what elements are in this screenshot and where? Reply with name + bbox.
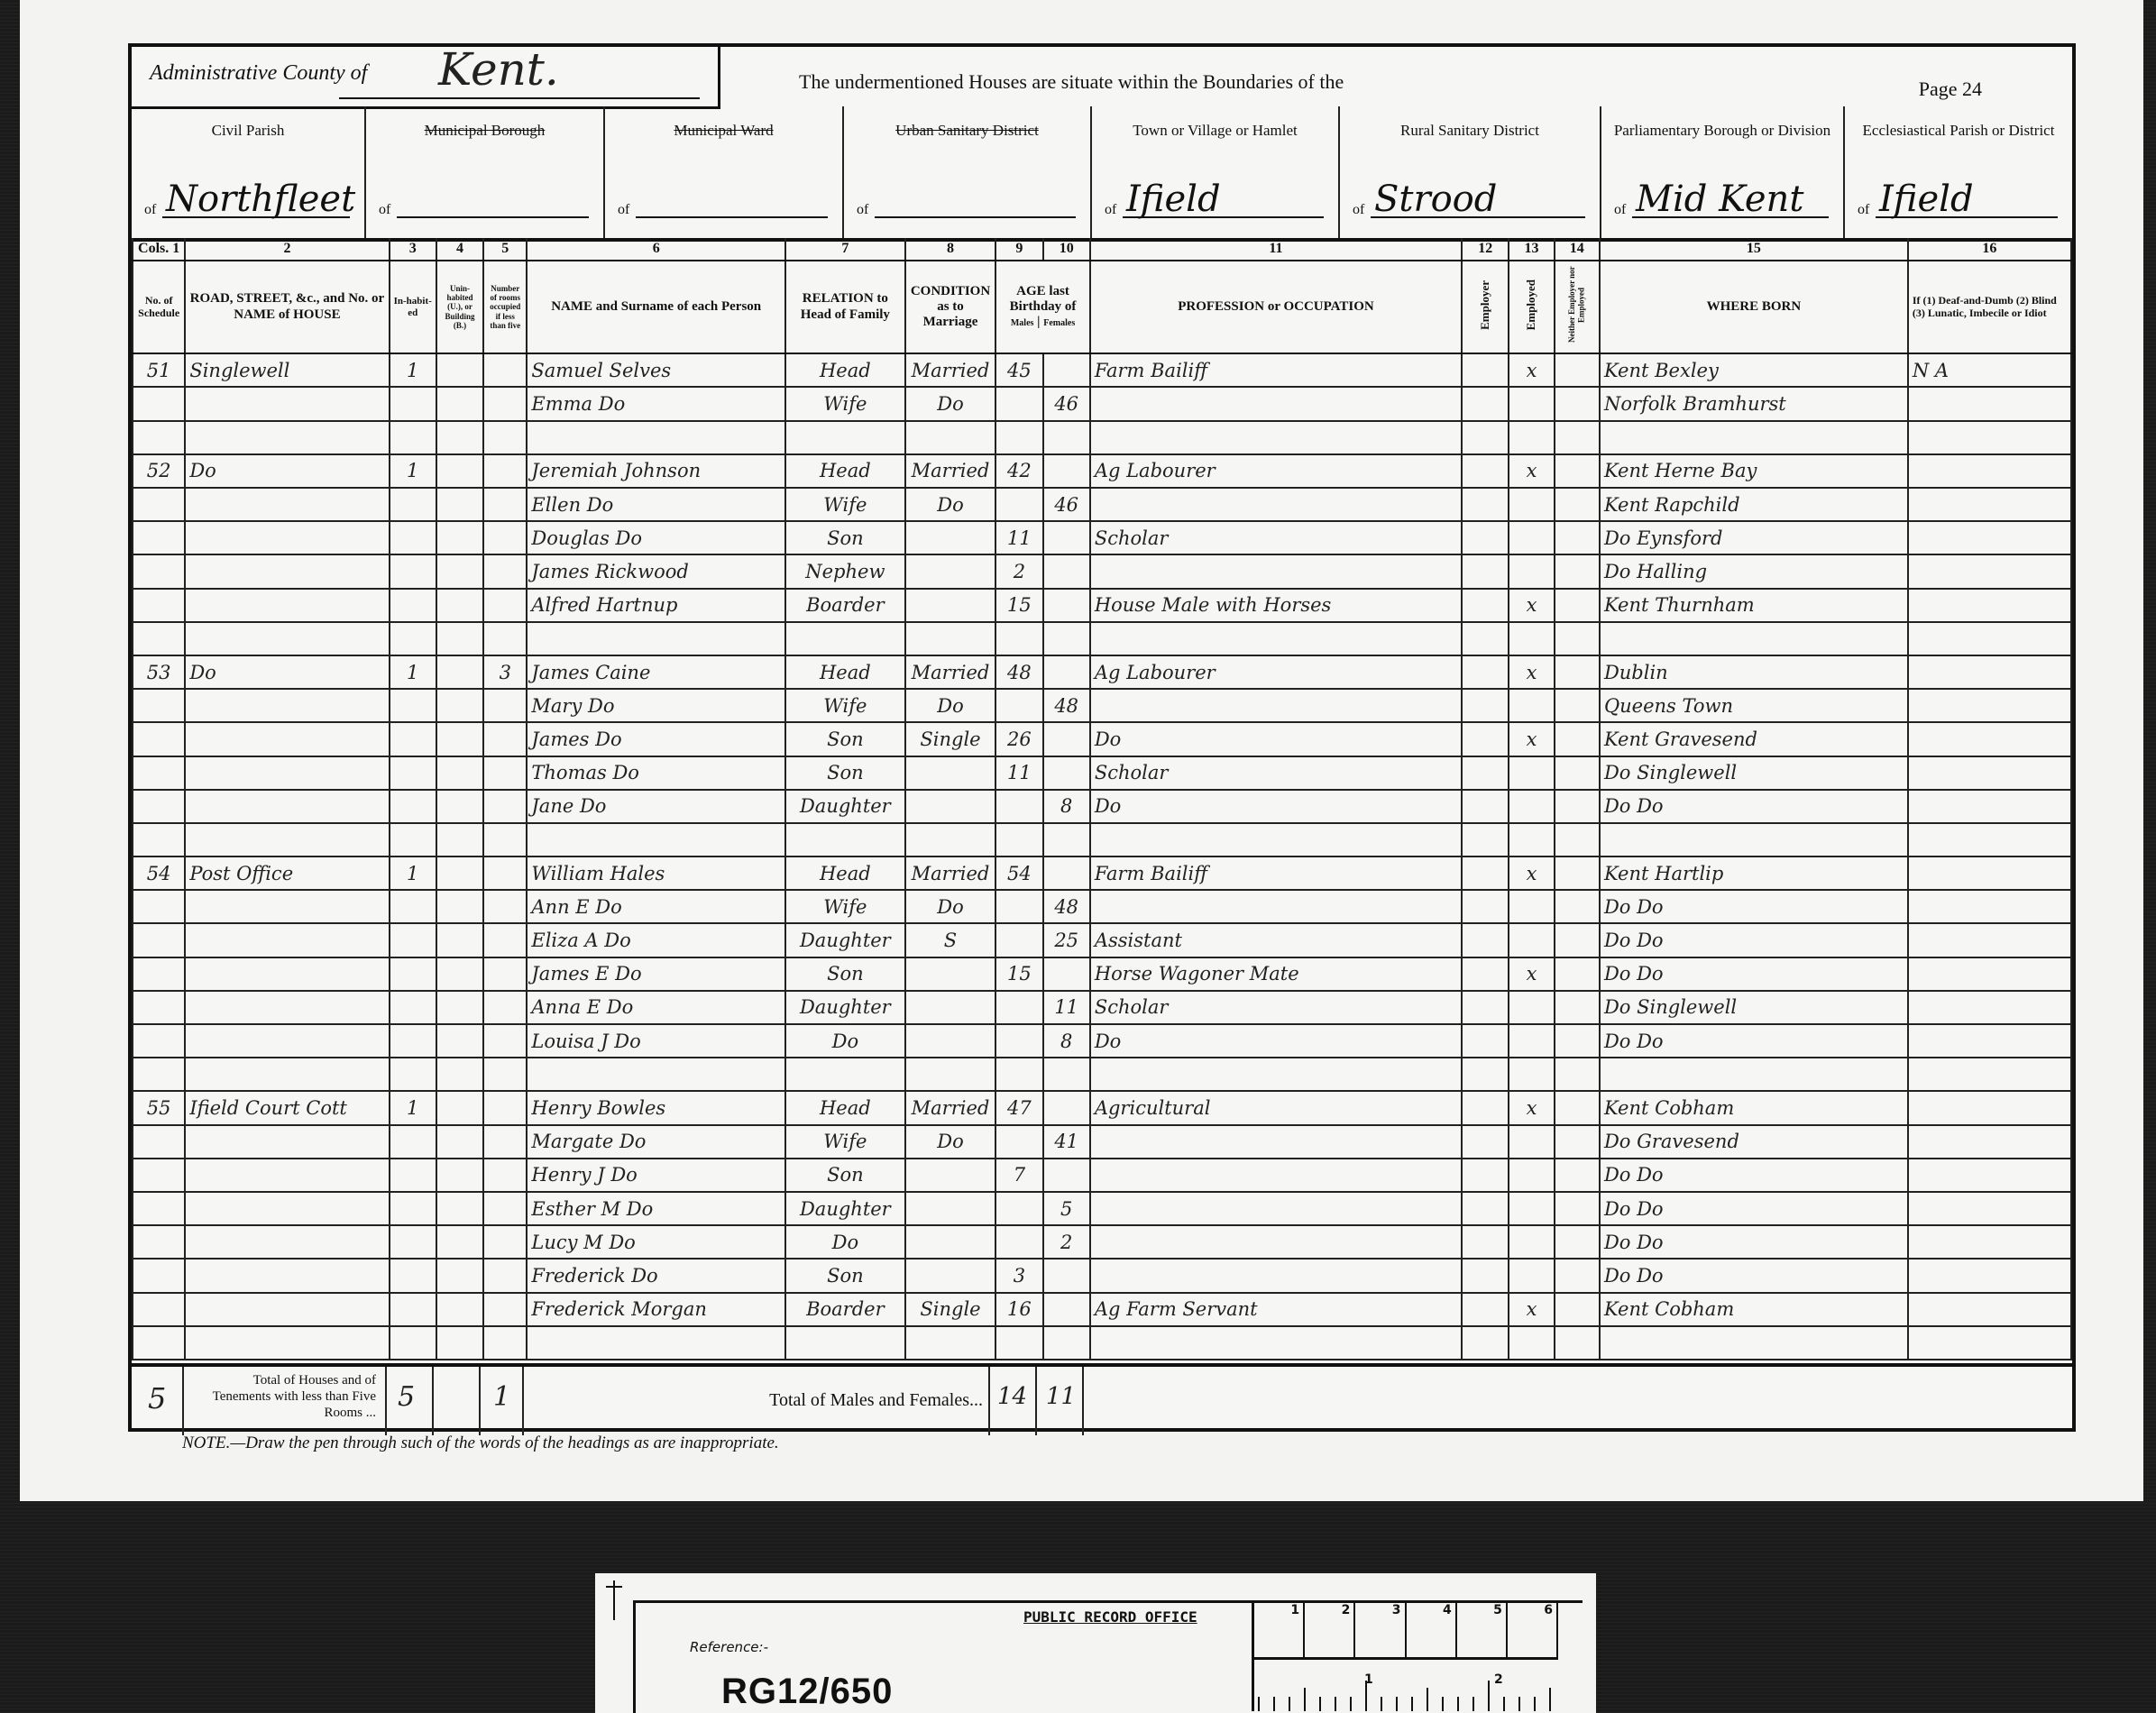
table-row: Eliza A DoDaughterS25AssistantDo Do: [133, 923, 2071, 957]
cell-relation: Wife: [785, 488, 905, 521]
ruler-tick: [1319, 1697, 1321, 1711]
table-row: Esther M DoDaughter5Do Do: [133, 1192, 2071, 1225]
cell-occupation: Do: [1090, 1024, 1462, 1058]
cell-schedule: [133, 622, 185, 655]
cell-employer: [1462, 890, 1509, 923]
cell-condition: [905, 823, 996, 856]
cell-infirmity: [1908, 923, 2071, 957]
cell-inhabited: 1: [390, 454, 436, 488]
ruler-tick: [1273, 1697, 1275, 1711]
cell-road: [185, 957, 389, 991]
of-label: of: [618, 202, 629, 218]
cell-occupation: Scholar: [1090, 521, 1462, 554]
cell-neither: [1555, 722, 1600, 756]
admin-county-box: Administrative County of Kent.: [132, 47, 720, 109]
cell-neither: [1555, 689, 1600, 722]
cell-inhabited: [390, 521, 436, 554]
cell-employed: [1509, 387, 1554, 420]
totals-row: 5 Total of Houses and of Tenements with …: [132, 1363, 2072, 1435]
ruler-tick: [1350, 1697, 1352, 1711]
cell-female-age: 2: [1043, 1225, 1090, 1259]
public-record-office-label: PUBLIC RECORD OFFICE: [1023, 1608, 1197, 1626]
cell-schedule: [133, 1293, 185, 1326]
cell-employed: [1509, 1192, 1554, 1225]
cell-occupation: [1090, 1125, 1462, 1159]
cell-condition: [905, 1259, 996, 1292]
table-row: Mary DoWifeDo48Queens Town: [133, 689, 2071, 722]
cell-schedule: [133, 756, 185, 790]
cell-name: Esther M Do: [527, 1192, 785, 1225]
cell-road: Singlewell: [185, 353, 389, 387]
reference-card: PUBLIC RECORD OFFICE Reference:- RG12/65…: [595, 1573, 1596, 1713]
cell-female-age: 25: [1043, 923, 1090, 957]
cell-where-born: Do Singlewell: [1600, 991, 1908, 1024]
cell-relation: Son: [785, 1259, 905, 1292]
table-row: James DoSonSingle26DoxKent Gravesend: [133, 722, 2071, 756]
age-label: AGE last Birthday of: [1010, 284, 1077, 314]
cell-inhabited: [390, 1024, 436, 1058]
ruler-tick: [1534, 1697, 1536, 1711]
cell-neither: [1555, 923, 1600, 957]
district-value: Mid Kent: [1636, 179, 1803, 220]
cell-neither: [1555, 1225, 1600, 1259]
district-town-village: Town or Village or Hamlet of Ifield: [1092, 106, 1340, 238]
cell-female-age: [1043, 823, 1090, 856]
ruler-tick: [1396, 1697, 1398, 1711]
cell-condition: Do: [905, 387, 996, 420]
cell-condition: Do: [905, 488, 996, 521]
cell-employed: x: [1509, 957, 1554, 991]
cell-rooms: [483, 554, 527, 588]
cell-neither: [1555, 554, 1600, 588]
cell-schedule: [133, 1159, 185, 1192]
cell-female-age: 46: [1043, 387, 1090, 420]
cell-rooms: [483, 1326, 527, 1360]
cell-male-age: 48: [995, 655, 1042, 689]
cell-road: Do: [185, 454, 389, 488]
col-number: 16: [1908, 238, 2071, 261]
admin-county-label: Administrative County of: [150, 61, 367, 86]
cell-neither: [1555, 1192, 1600, 1225]
cell-condition: [905, 421, 996, 454]
ruler-inch-mark: 2: [1494, 1672, 1503, 1687]
cell-infirmity: [1908, 655, 2071, 689]
cell-name: Margate Do: [527, 1125, 785, 1159]
cell-rooms: [483, 1259, 527, 1292]
cell-name: Thomas Do: [527, 756, 785, 790]
cell-occupation: [1090, 1192, 1462, 1225]
cell-condition: [905, 589, 996, 622]
cell-inhabited: [390, 722, 436, 756]
cell-where-born: Kent Thurnham: [1600, 589, 1908, 622]
cell-employer: [1462, 1159, 1509, 1192]
cell-where-born: Do Do: [1600, 1225, 1908, 1259]
cell-rooms: [483, 454, 527, 488]
cell-rooms: [483, 823, 527, 856]
cell-neither: [1555, 1159, 1600, 1192]
total-males-cell: 14: [990, 1367, 1037, 1435]
cell-name: Ann E Do: [527, 890, 785, 923]
cell-inhabited: [390, 1293, 436, 1326]
cell-uninhabited: [436, 957, 483, 991]
total-houses-label: Total of Houses and of Tenements with le…: [196, 1372, 376, 1421]
cell-name: Ellen Do: [527, 488, 785, 521]
cell-where-born: Do Do: [1600, 957, 1908, 991]
cell-employed: [1509, 622, 1554, 655]
cell-rooms: [483, 387, 527, 420]
cell-road: [185, 421, 389, 454]
cell-occupation: Assistant: [1090, 923, 1462, 957]
cell-employer: [1462, 823, 1509, 856]
cell-employed: [1509, 823, 1554, 856]
cell-relation: [785, 1058, 905, 1091]
reference-label: Reference:-: [690, 1639, 768, 1655]
cell-rooms: [483, 957, 527, 991]
cell-name: Henry Bowles: [527, 1091, 785, 1124]
district-rural-sanitary: Rural Sanitary District of Strood: [1340, 106, 1601, 238]
ruler-inches: 1 2: [1254, 1660, 1558, 1711]
table-row: Alfred HartnupBoarder15House Male with H…: [133, 589, 2071, 622]
cell-employed: [1509, 756, 1554, 790]
reference-card-inner: PUBLIC RECORD OFFICE Reference:- RG12/65…: [633, 1600, 1583, 1713]
cell-road: [185, 923, 389, 957]
boundaries-title: The undermentioned Houses are situate wi…: [799, 70, 1344, 94]
cell-condition: Single: [905, 1293, 996, 1326]
cell-rooms: [483, 589, 527, 622]
cell-infirmity: [1908, 521, 2071, 554]
cell-road: [185, 1024, 389, 1058]
cell-female-age: [1043, 353, 1090, 387]
district-label: Rural Sanitary District: [1340, 123, 1600, 140]
cell-uninhabited: [436, 554, 483, 588]
cell-female-age: [1043, 722, 1090, 756]
cell-schedule: [133, 790, 185, 823]
cell-relation: Boarder: [785, 589, 905, 622]
cell-male-age: 42: [995, 454, 1042, 488]
cell-neither: [1555, 1058, 1600, 1091]
cell-occupation: Ag Labourer: [1090, 655, 1462, 689]
cell-inhabited: [390, 790, 436, 823]
cell-female-age: [1043, 1259, 1090, 1292]
col-number: 11: [1090, 238, 1462, 261]
cell-name: Eliza A Do: [527, 923, 785, 957]
cell-where-born: Do Gravesend: [1600, 1125, 1908, 1159]
cell-employer: [1462, 856, 1509, 890]
cell-schedule: [133, 387, 185, 420]
header-age: AGE last Birthday ofMales | Females: [995, 261, 1090, 353]
column-number-row: Cols. 1 2 3 4 5 6 7 8 9 10 11 12 13 14 1…: [133, 238, 2071, 261]
cell-male-age: 7: [995, 1159, 1042, 1192]
column-header-row: No. of Schedule ROAD, STREET, &c., and N…: [133, 261, 2071, 353]
cell-uninhabited: [436, 589, 483, 622]
page-number: Page 24: [1919, 78, 1982, 101]
cell-rooms: [483, 1159, 527, 1192]
total-rooms: 1: [493, 1381, 510, 1413]
cell-where-born: Do Do: [1600, 790, 1908, 823]
cell-where-born: Kent Cobham: [1600, 1091, 1908, 1124]
district-municipal-ward: Municipal Ward of: [605, 106, 844, 238]
cell-where-born: Kent Rapchild: [1600, 488, 1908, 521]
table-row: Thomas DoSon11ScholarDo Singlewell: [133, 756, 2071, 790]
cell-infirmity: [1908, 756, 2071, 790]
cell-road: [185, 1293, 389, 1326]
cell-male-age: [995, 488, 1042, 521]
cell-infirmity: [1908, 622, 2071, 655]
cell-inhabited: [390, 1259, 436, 1292]
cell-neither: [1555, 991, 1600, 1024]
ruler-cm-mark: 1: [1254, 1603, 1305, 1657]
cell-name: Alfred Hartnup: [527, 589, 785, 622]
total-females-cell: 11: [1037, 1367, 1084, 1435]
cell-male-age: 16: [995, 1293, 1042, 1326]
cell-occupation: [1090, 890, 1462, 923]
header-relation: RELATION to Head of Family: [785, 261, 905, 353]
cell-condition: S: [905, 923, 996, 957]
cell-name: Mary Do: [527, 689, 785, 722]
cell-road: [185, 488, 389, 521]
cell-occupation: Scholar: [1090, 756, 1462, 790]
of-label: of: [144, 202, 156, 218]
cell-male-age: 3: [995, 1259, 1042, 1292]
table-row: [133, 622, 2071, 655]
table-row: James RickwoodNephew2Do Halling: [133, 554, 2071, 588]
cell-road: [185, 991, 389, 1024]
cell-rooms: [483, 353, 527, 387]
col-number: 2: [185, 238, 389, 261]
females-label: Females: [1043, 318, 1075, 328]
cell-female-age: [1043, 655, 1090, 689]
cell-condition: [905, 756, 996, 790]
cell-road: [185, 890, 389, 923]
district-urban-sanitary: Urban Sanitary District of: [844, 106, 1092, 238]
cell-condition: [905, 957, 996, 991]
ruler-tick: [1381, 1697, 1382, 1711]
cell-uninhabited: [436, 1125, 483, 1159]
cell-name: James Caine: [527, 655, 785, 689]
cell-relation: Head: [785, 1091, 905, 1124]
cell-employer: [1462, 554, 1509, 588]
cell-employer: [1462, 1192, 1509, 1225]
ruler-cm-mark: 2: [1305, 1603, 1355, 1657]
cell-where-born: Do Do: [1600, 890, 1908, 923]
cell-relation: Son: [785, 722, 905, 756]
cell-infirmity: [1908, 488, 2071, 521]
cell-name: [527, 622, 785, 655]
cell-infirmity: [1908, 722, 2071, 756]
cell-male-age: [995, 1192, 1042, 1225]
ruler-tick: [1335, 1697, 1336, 1711]
ruler-tick: [1549, 1688, 1551, 1711]
cell-where-born: [1600, 1058, 1908, 1091]
of-label: of: [857, 202, 868, 218]
cell-employer: [1462, 991, 1509, 1024]
cell-schedule: [133, 421, 185, 454]
form-note: NOTE.—Draw the pen through such of the w…: [182, 1434, 779, 1453]
cell-road: [185, 722, 389, 756]
cell-uninhabited: [436, 1225, 483, 1259]
cell-condition: [905, 1326, 996, 1360]
cell-where-born: [1600, 823, 1908, 856]
cell-female-age: [1043, 521, 1090, 554]
cell-name: Samuel Selves: [527, 353, 785, 387]
header-rooms: Number of rooms occupied if less than fi…: [483, 261, 527, 353]
cell-employed: x: [1509, 454, 1554, 488]
table-row: Douglas DoSon11ScholarDo Eynsford: [133, 521, 2071, 554]
cell-where-born: Queens Town: [1600, 689, 1908, 722]
cell-occupation: [1090, 1326, 1462, 1360]
cell-condition: Married: [905, 856, 996, 890]
cell-employer: [1462, 353, 1509, 387]
cell-employer: [1462, 421, 1509, 454]
cell-where-born: Kent Gravesend: [1600, 722, 1908, 756]
table-row: Jane DoDaughter8DoDo Do: [133, 790, 2071, 823]
district-label: Ecclesiastical Parish or District: [1845, 123, 2072, 140]
ruler-tick: [1518, 1697, 1520, 1711]
cell-employer: [1462, 1024, 1509, 1058]
table-row: [133, 1326, 2071, 1360]
cell-road: [185, 1192, 389, 1225]
ruler-tick: [1473, 1697, 1474, 1711]
cell-inhabited: [390, 1225, 436, 1259]
cell-female-age: [1043, 1293, 1090, 1326]
cell-road: [185, 521, 389, 554]
total-persons-label: Total of Males and Females...: [769, 1390, 983, 1411]
cell-uninhabited: [436, 421, 483, 454]
cell-inhabited: [390, 1326, 436, 1360]
cell-employed: [1509, 1125, 1554, 1159]
cell-neither: [1555, 890, 1600, 923]
cell-infirmity: [1908, 554, 2071, 588]
cell-schedule: [133, 923, 185, 957]
cell-uninhabited: [436, 890, 483, 923]
cell-inhabited: [390, 622, 436, 655]
cell-condition: Single: [905, 722, 996, 756]
header-where-born: WHERE BORN: [1600, 261, 1908, 353]
cell-uninhabited: [436, 387, 483, 420]
cell-relation: Head: [785, 655, 905, 689]
total-males: 14: [997, 1383, 1027, 1410]
cell-occupation: Do: [1090, 722, 1462, 756]
cell-rooms: [483, 923, 527, 957]
cell-relation: Daughter: [785, 923, 905, 957]
cell-occupation: Horse Wagoner Mate: [1090, 957, 1462, 991]
cell-neither: [1555, 387, 1600, 420]
cell-uninhabited: [436, 622, 483, 655]
of-label: of: [1614, 202, 1626, 218]
cell-relation: Head: [785, 454, 905, 488]
ruler-cm-mark: 5: [1457, 1603, 1508, 1657]
cell-male-age: [995, 421, 1042, 454]
males-label: Males: [1011, 318, 1034, 328]
underline: [397, 216, 589, 218]
cell-male-age: 26: [995, 722, 1042, 756]
cell-rooms: [483, 421, 527, 454]
census-rows: 51Singlewell1Samuel SelvesHeadMarried45F…: [133, 353, 2071, 1360]
cell-where-born: Do Do: [1600, 923, 1908, 957]
table-row: 55Ifield Court Cott1Henry BowlesHeadMarr…: [133, 1091, 2071, 1124]
table-row: 52Do1Jeremiah JohnsonHeadMarried42Ag Lab…: [133, 454, 2071, 488]
admin-county-underline: [339, 97, 700, 99]
cell-male-age: [995, 387, 1042, 420]
cell-where-born: Kent Cobham: [1600, 1293, 1908, 1326]
cell-name: [527, 1058, 785, 1091]
cell-rooms: [483, 488, 527, 521]
cell-uninhabited: [436, 823, 483, 856]
district-value: Northfleet: [166, 179, 355, 220]
cell-occupation: [1090, 1225, 1462, 1259]
header-road: ROAD, STREET, &c., and No. or NAME of HO…: [185, 261, 389, 353]
cell-uninhabited: [436, 790, 483, 823]
census-page: Administrative County of Kent. The under…: [20, 0, 2143, 1501]
cell-employed: x: [1509, 353, 1554, 387]
cell-employed: x: [1509, 1293, 1554, 1326]
cell-male-age: [995, 622, 1042, 655]
cell-employed: x: [1509, 655, 1554, 689]
cell-road: [185, 756, 389, 790]
cell-road: [185, 823, 389, 856]
cell-female-age: [1043, 1159, 1090, 1192]
cell-employer: [1462, 1091, 1509, 1124]
district-label: Town or Village or Hamlet: [1092, 123, 1338, 140]
cell-female-age: 48: [1043, 890, 1090, 923]
cell-uninhabited: [436, 1192, 483, 1225]
district-parliamentary: Parliamentary Borough or Division of Mid…: [1601, 106, 1845, 238]
cell-neither: [1555, 856, 1600, 890]
table-row: 54Post Office1William HalesHeadMarried54…: [133, 856, 2071, 890]
cell-schedule: 54: [133, 856, 185, 890]
cell-schedule: [133, 589, 185, 622]
cell-name: Louisa J Do: [527, 1024, 785, 1058]
cell-occupation: Agricultural: [1090, 1091, 1462, 1124]
cell-employed: x: [1509, 1091, 1554, 1124]
cell-relation: Son: [785, 1159, 905, 1192]
cell-occupation: Farm Bailiff: [1090, 856, 1462, 890]
cell-rooms: [483, 1058, 527, 1091]
cell-male-age: [995, 1225, 1042, 1259]
table-row: [133, 823, 2071, 856]
cell-where-born: Kent Herne Bay: [1600, 454, 1908, 488]
cell-where-born: Do Do: [1600, 1024, 1908, 1058]
cell-road: [185, 1159, 389, 1192]
ruler-tick: [1365, 1681, 1367, 1711]
cell-male-age: [995, 991, 1042, 1024]
ruler-tick: [1457, 1697, 1459, 1711]
cell-name: Anna E Do: [527, 991, 785, 1024]
cell-uninhabited: [436, 689, 483, 722]
reference-code: RG12/650: [721, 1672, 893, 1712]
cell-female-age: [1043, 1326, 1090, 1360]
cell-road: [185, 622, 389, 655]
cell-neither: [1555, 1293, 1600, 1326]
cell-male-age: [995, 1024, 1042, 1058]
cell-condition: [905, 1225, 996, 1259]
cell-female-age: 48: [1043, 689, 1090, 722]
ruler-tick: [1289, 1697, 1290, 1711]
cell-female-age: [1043, 1058, 1090, 1091]
cell-rooms: [483, 756, 527, 790]
cell-neither: [1555, 756, 1600, 790]
header-inhabited: In-habit-ed: [390, 261, 436, 353]
underline: [875, 216, 1076, 218]
admin-county-value: Kent.: [438, 43, 559, 96]
cell-road: [185, 1259, 389, 1292]
cell-employer: [1462, 1225, 1509, 1259]
cell-condition: Married: [905, 655, 996, 689]
cell-relation: Head: [785, 856, 905, 890]
table-row: Frederick DoSon3Do Do: [133, 1259, 2071, 1292]
cell-where-born: [1600, 421, 1908, 454]
cell-road: [185, 790, 389, 823]
